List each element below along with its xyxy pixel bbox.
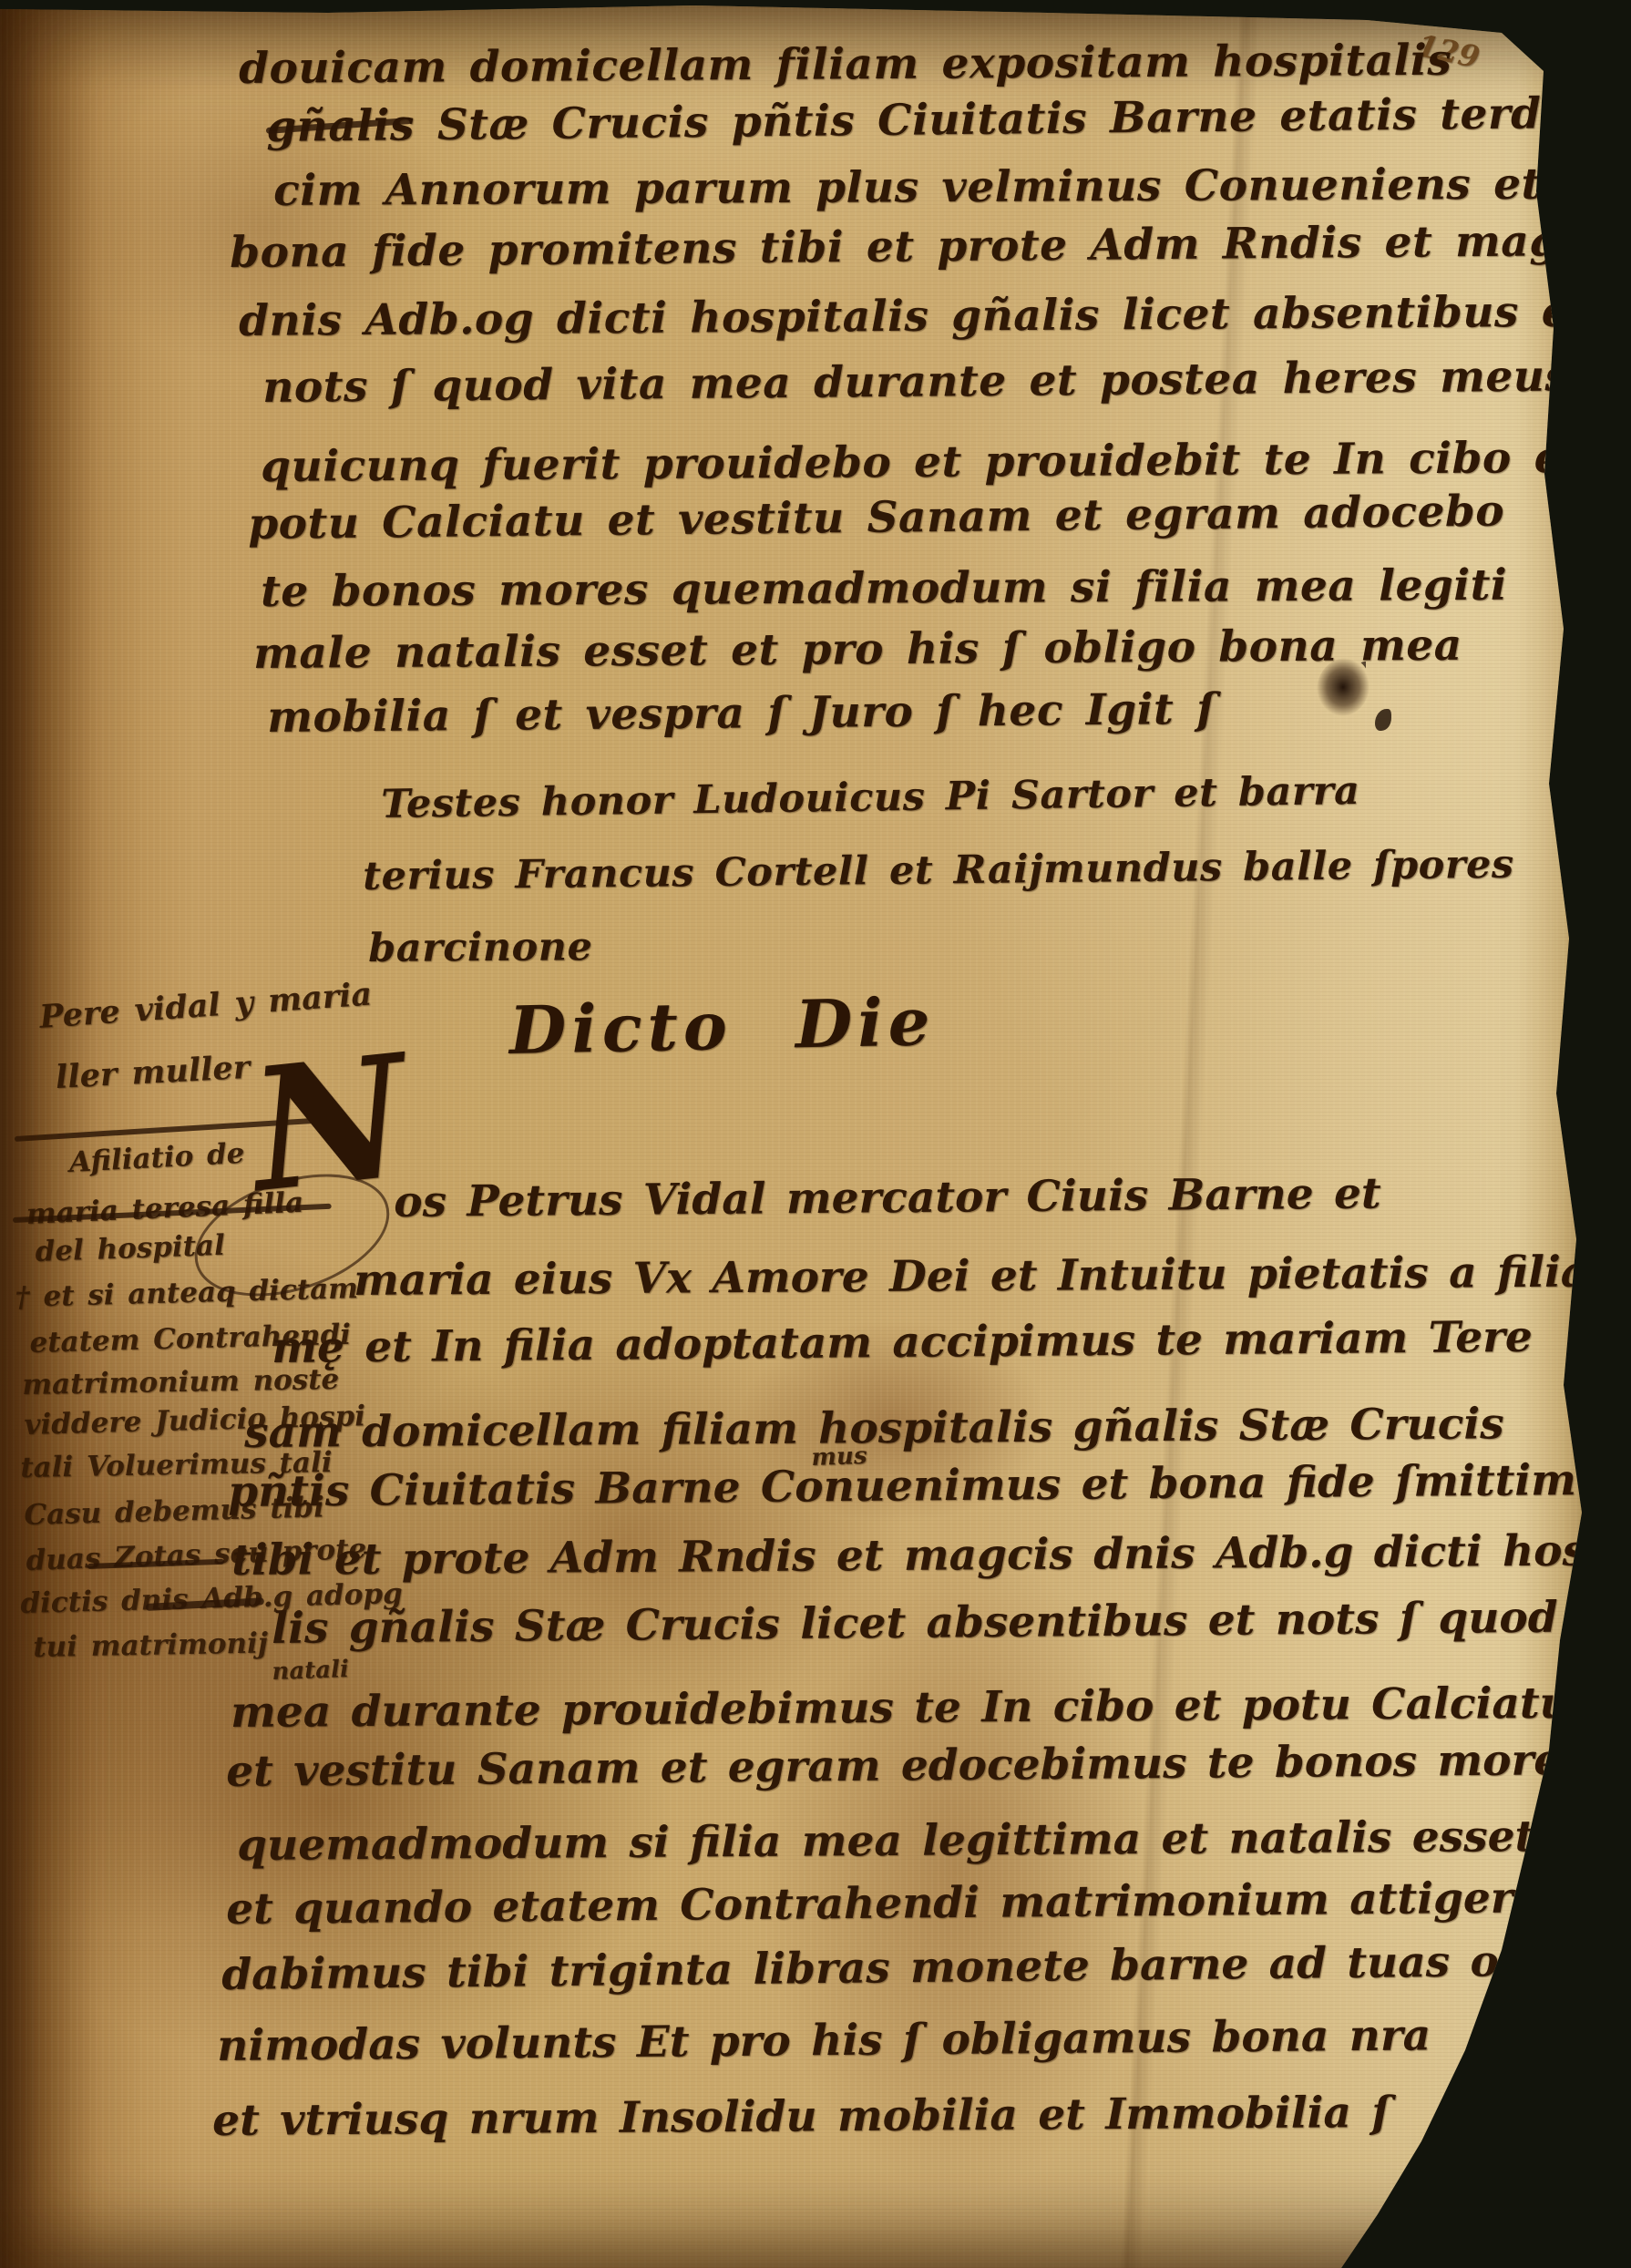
manuscript-line: sam domicellam filiam hospitalis gñalis … [244,1399,1504,1458]
manuscript-line: lis gñalis Stæ Crucis licet absentibus e… [272,1591,1631,1654]
margin-note-line: ller muller [55,1049,251,1096]
margin-note-line: tui matrimonij [33,1627,268,1664]
manuscript-line: et vtriusq nrum Insolidu mobilia et Immo… [212,2088,1390,2146]
manuscript-line: os Petrus Vidal mercator Ciuis Barne et [394,1169,1381,1227]
manuscript-line: te bonos mores quemadmodum si filia mea … [261,560,1507,617]
manuscript-line: dabimus tibi triginta libras monete barn… [221,1936,1544,2000]
witness-line: Testes honor Ludouicus Pi Sartor et barr… [381,768,1360,827]
manuscript-line: douicam domicellam filiam expositam hosp… [239,36,1451,94]
manuscript-line: et quando etatem Contrahendi matrimonium… [226,1873,1554,1934]
manuscript-line: mę et In filia adoptatam accipimus te ma… [272,1312,1533,1373]
manuscript-line: quicunq fuerit prouidebo et prouidebit t… [261,433,1582,492]
manuscript-line: nimodas volunts Et pro his ſ obligamus b… [217,2010,1431,2071]
manuscript-line: mea durante prouidebimus te In cibo et p… [231,1678,1571,1738]
manuscript-line: nots ſ quod vita mea durante et postea h… [262,351,1570,413]
heading-dicto-die: Dicto Die [508,982,936,1069]
manuscript-scan: 129 douicam domicellam filiam expositam … [0,0,1631,2268]
manuscript-line: mobilia ſ et vespra ſ Juro ſ hec Igit ſ [267,684,1216,743]
manuscript-line: maria eius Vx Amore Dei et Intuitu pieta… [354,1247,1588,1306]
margin-note-line: Afiliatio de [68,1137,245,1179]
manuscript-line: bona fide promitens tibi et prote Adm Rn… [230,216,1627,278]
manuscript-line: cim Annorum parum plus velminus Conuenie… [273,159,1542,216]
manuscript-line: pñtis Ciuitatis Barne Conuenimus et bona… [228,1455,1631,1517]
interline-word: natali [272,1656,349,1686]
drop-cap-initial: N [244,1031,415,1216]
witness-line: terius Francus Cortell et Raijmundus bal… [363,842,1514,899]
manuscript-line: quemadmodum si filia mea legittima et na… [237,1811,1534,1871]
manuscript-line: tibi et prote Adm Rndis et magcis dnis A… [231,1525,1631,1586]
manuscript-line: dnis Adb.og dicti hospitalis gñalis lice… [239,287,1590,346]
manuscript-line: potu Calciatu et vestitu Sanam et egram … [248,487,1504,549]
manuscript-line: gñalis Stæ Crucis pñtis Ciuitatis Barne … [266,88,1569,152]
witness-line: barcinone [368,924,593,971]
interline-word: mus [811,1442,867,1472]
ink-blot [1317,658,1369,716]
manuscript-line: male natalis esset et pro his ſ obligo b… [253,621,1462,679]
manuscript-line: et vestitu Sanam et egram edocebimus te … [226,1735,1585,1797]
parchment-page: 129 douicam domicellam filiam expositam … [0,0,1631,2268]
